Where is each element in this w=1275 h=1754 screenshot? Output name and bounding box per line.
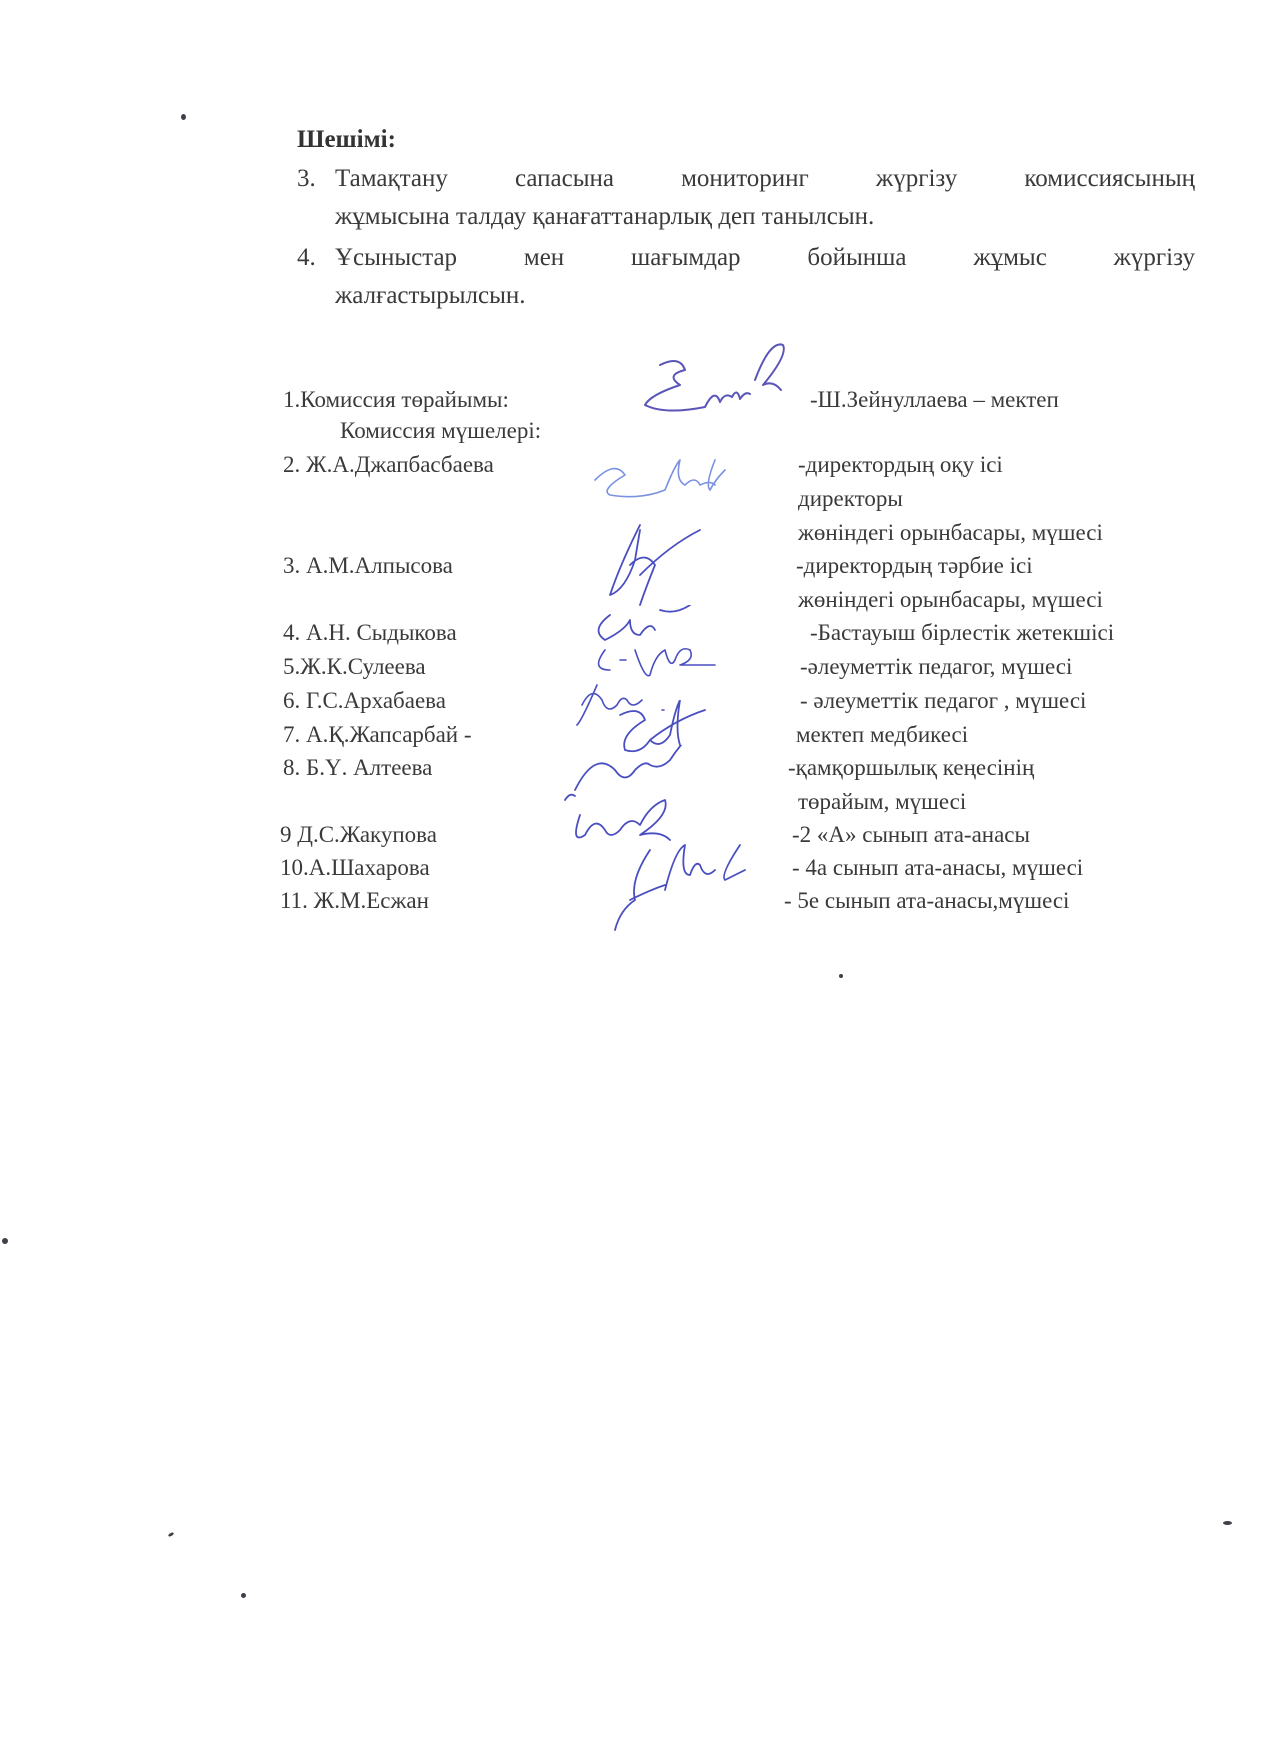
member-name: 8. Б.Ү. Алтеева (283, 755, 432, 781)
decision-heading: Шешімі: (297, 126, 396, 154)
member-name: 10.А.Шахарова (280, 855, 430, 881)
decision-line-1: Тамақтану сапасына мониторинг жүргізу ко… (335, 161, 1195, 196)
member-role: -директордың тәрбие ісі (796, 553, 1033, 579)
word: Тамақтану (335, 161, 448, 196)
word: жүргізу (1114, 240, 1195, 275)
scanned-document-page: Шешімі: 3. Тамақтану сапасына мониторинг… (0, 0, 1275, 1754)
word: мониторинг (681, 161, 809, 196)
member-role: жөніндегі орынбасары, мүшесі (798, 520, 1103, 546)
signature-member-5 (590, 640, 720, 685)
word: комиссиясының (1024, 161, 1195, 196)
scan-speck (2, 1238, 8, 1244)
member-role: -Бастауыш бірлестік жетекшісі (810, 620, 1114, 646)
member-name: 7. А.Қ.Жапсарбай - (283, 722, 472, 748)
member-role: -әлеуметтік педагог, мүшесі (800, 654, 1072, 680)
member-role: төрайым, мүшесі (798, 789, 966, 815)
member-role: мектеп медбикесі (796, 722, 968, 748)
chair-role: -Ш.Зейнуллаева – мектеп (810, 387, 1059, 413)
member-role: жөніндегі орынбасары, мүшесі (798, 587, 1103, 613)
word: Ұсыныстар (335, 240, 457, 275)
decision-line-1: Ұсыныстар мен шағымдар бойынша жұмыс жүр… (335, 240, 1195, 275)
member-name: 6. Г.С.Архабаева (283, 688, 446, 714)
decision-number: 3. (297, 161, 316, 196)
member-role: - 5е сынып ата-анасы,мүшесі (784, 888, 1069, 914)
decision-number: 4. (297, 240, 316, 275)
member-role: директоры (798, 486, 903, 512)
member-role: -директордың оқу ісі (798, 452, 1003, 478)
word: жұмыс (973, 240, 1047, 275)
decision-line-2: жалғастырылсын. (335, 278, 526, 313)
word: бойынша (807, 240, 906, 275)
signature-chair (640, 335, 800, 425)
word: сапасына (515, 161, 614, 196)
scan-speck (241, 1593, 246, 1598)
word: шағымдар (631, 240, 741, 275)
scan-speck (168, 1532, 175, 1538)
decision-line-2: жұмысына талдау қанағаттанарлық деп таны… (335, 199, 874, 234)
member-name: 2. Ж.А.Джапбасбаева (283, 452, 494, 478)
member-name: 3. А.М.Алпысова (283, 553, 453, 579)
scan-speck (181, 114, 186, 120)
member-role: - әлеуметтік педагог , мүшесі (800, 688, 1086, 714)
signature-member-10-11 (600, 840, 750, 940)
member-role: -2 «А» сынып ата-анасы (792, 822, 1030, 848)
member-name: 5.Ж.К.Сулеева (283, 654, 426, 680)
chair-label: 1.Комиссия төрайымы: (283, 387, 509, 413)
scan-speck (1223, 1521, 1232, 1525)
member-role: - 4а сынып ата-анасы, мүшесі (792, 855, 1083, 881)
signature-member-2 (585, 440, 745, 510)
member-name: 4. А.Н. Сыдыкова (283, 620, 457, 646)
word: жүргізу (876, 161, 957, 196)
member-name: 9 Д.С.Жакупова (280, 822, 437, 848)
member-role: -қамқоршылық кеңесінің (788, 755, 1034, 781)
scan-speck (839, 974, 843, 978)
member-name: 11. Ж.М.Есжан (280, 888, 429, 914)
signature-member-3 (600, 515, 720, 615)
members-label: Комиссия мүшелері: (340, 418, 541, 444)
word: мен (524, 240, 564, 275)
